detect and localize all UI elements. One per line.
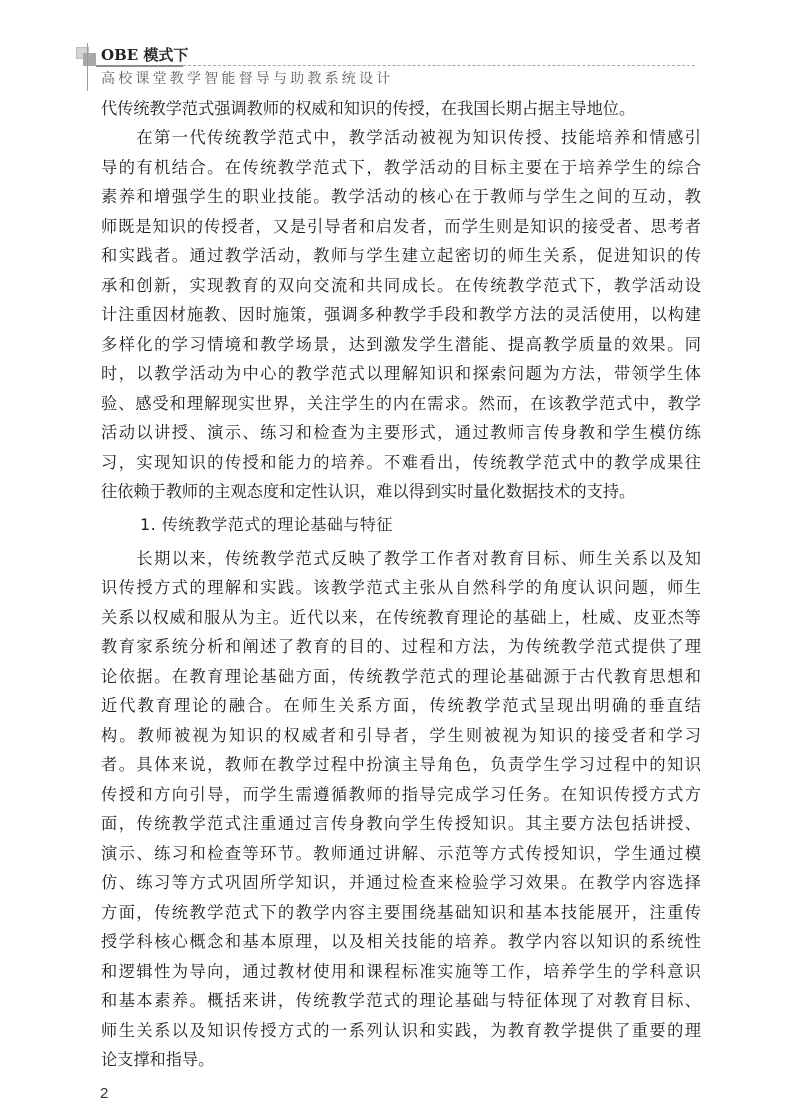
- paragraph-line: 传授和方向引导，而学生需遵循教师的指导完成学习任务。在知识传授方式方: [101, 785, 701, 805]
- header-title-underline: [96, 65, 183, 67]
- paragraph-line: 者。具体来说，教师在教学过程中扮演主导角色，负责学生学习过程中的知识: [101, 755, 701, 775]
- header-dotted-rule: [183, 65, 695, 66]
- section-heading: 1. 传统教学范式的理论基础与特征: [140, 515, 393, 535]
- paragraph-line: 论依据。在教育理论基础方面，传统教学范式的理论基础源于古代教育思想和: [101, 667, 701, 687]
- header-ornament-vertical-line: [87, 43, 88, 91]
- header-ornament-square-dark: [83, 53, 96, 66]
- paragraph-line: 和基本素养。概括来讲，传统教学范式的理论基础与特征体现了对教育目标、: [101, 991, 701, 1011]
- paragraph-line: 在第一代传统教学范式中，教学活动被视为知识传授、技能培养和情感引: [101, 128, 701, 148]
- paragraph-line: 素养和增强学生的职业技能。教学活动的核心在于教师与学生之间的互动，教: [101, 187, 701, 207]
- paragraph-line: 习，实现知识的传授和能力的培养。不难看出，传统教学范式中的教学成果往: [101, 453, 701, 473]
- paragraph-line: 长期以来，传统教学范式反映了教学工作者对教育目标、师生关系以及知: [101, 549, 701, 569]
- paragraph-line: 面，传统教学范式注重通过言传身教向学生传授知识。其主要方法包括讲授、: [101, 814, 701, 834]
- paragraph-line: 师生关系以及知识传授方式的一系列认识和实践，为教育教学提供了重要的理: [101, 1021, 701, 1041]
- paragraph-line: 多样化的学习情境和教学场景，达到激发学生潜能、提高教学质量的效果。同: [101, 335, 701, 355]
- paragraph-line: 近代教育理论的融合。在师生关系方面，传统教学范式呈现出明确的垂直结: [101, 696, 701, 716]
- paragraph-line: 导的有机结合。在传统教学范式下，教学活动的目标主要在于培养学生的综合: [101, 158, 701, 178]
- paragraph-line: 识传授方式的理解和实践。该教学范式主张从自然科学的角度认识问题，师生: [101, 578, 701, 598]
- header-book-subtitle: 高校课堂教学智能督导与助教系统设计: [101, 70, 393, 88]
- paragraph-line: 往依赖于教师的主观态度和定性认识，难以得到实时量化数据技术的支持。: [101, 482, 701, 502]
- paragraph-line: 方面，传统教学范式下的教学内容主要围绕基础知识和基本技能展开，注重传: [101, 903, 701, 923]
- paragraph-line: 计注重因材施教、因时施策，强调多种教学手段和教学方法的灵活使用，以构建: [101, 305, 701, 325]
- paragraph-line: 和逻辑性为导向，通过教材使用和课程标准实施等工作，培养学生的学科意识: [101, 962, 701, 982]
- paragraph-line: 授学科核心概念和基本原理，以及相关技能的培养。教学内容以知识的系统性: [101, 932, 701, 952]
- paragraph-line: 验、感受和理解现实世界，关注学生的内在需求。然而，在该教学范式中，教学: [101, 394, 701, 414]
- paragraph-line: 构。教师被视为知识的权威者和引导者，学生则被视为知识的接受者和学习: [101, 726, 701, 746]
- paragraph-line: 演示、练习和检查等环节。教师通过讲解、示范等方式传授知识，学生通过模: [101, 844, 701, 864]
- header-book-title: OBE 模式下: [101, 46, 188, 64]
- paragraph-line: 承和创新，实现教育的双向交流和共同成长。在传统教学范式下，教学活动设: [101, 276, 701, 296]
- paragraph-line: 活动以讲授、演示、练习和检查为主要形式，通过教师言传身教和学生模仿练: [101, 423, 701, 443]
- paragraph-line: 师既是知识的传授者，又是引导者和启发者，而学生则是知识的接受者、思考者: [101, 217, 701, 237]
- paragraph-line: 代传统教学范式强调教师的权威和知识的传授，在我国长期占据主导地位。: [101, 99, 701, 119]
- paragraph-line: 和实践者。通过教学活动，教师与学生建立起密切的师生关系，促进知识的传: [101, 246, 701, 266]
- paragraph-line: 仿、练习等方式巩固所学知识，并通过检查来检验学习效果。在教学内容选择: [101, 873, 701, 893]
- page-number: 2: [100, 1085, 108, 1102]
- paragraph-line: 论支撑和指导。: [101, 1050, 701, 1070]
- paragraph-line: 关系以权威和服从为主。近代以来，在传统教育理论的基础上，杜威、皮亚杰等: [101, 608, 701, 628]
- paragraph-line: 教育家系统分析和阐述了教育的目的、过程和方法，为传统教学范式提供了理: [101, 637, 701, 657]
- paragraph-line: 时，以教学活动为中心的教学范式以理解知识和探索问题为方法，带领学生体: [101, 364, 701, 384]
